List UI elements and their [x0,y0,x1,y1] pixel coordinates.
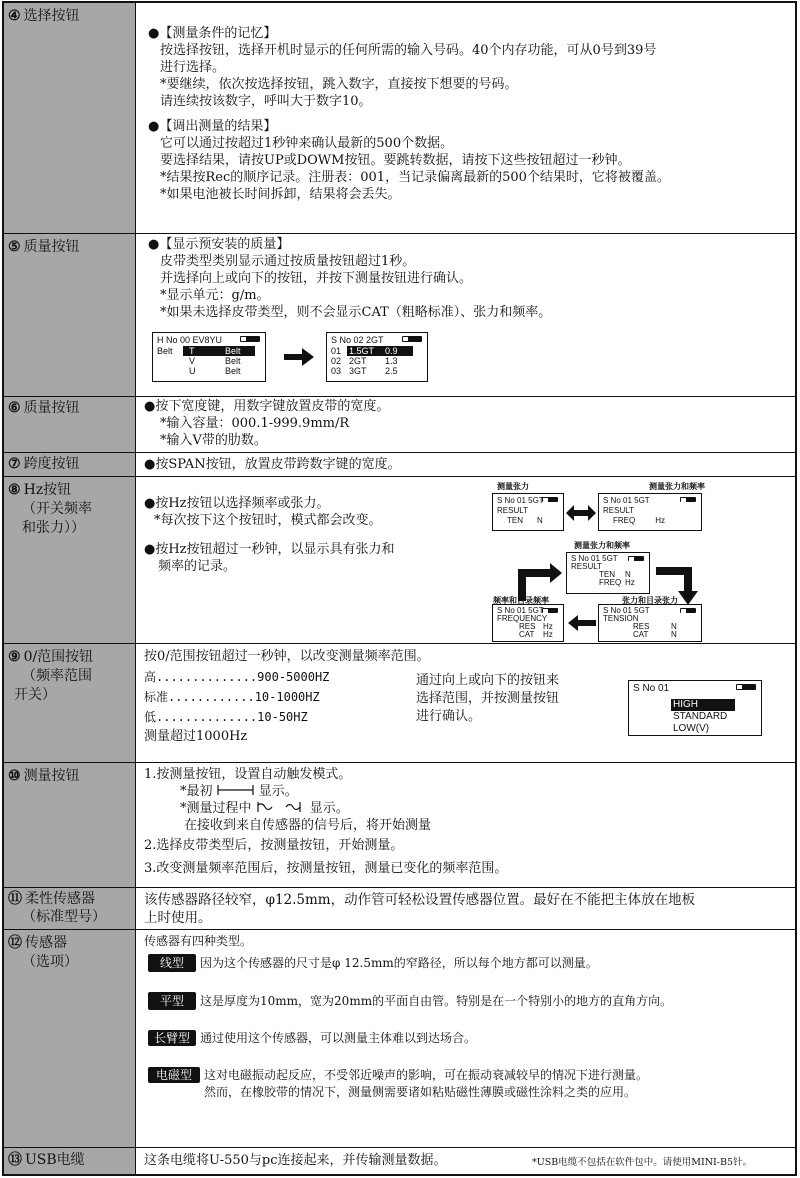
lcd-line: Hz [543,630,553,639]
instruction-table: ④选择按钮 ●【测量条件的记忆】 按选择按钮，选择开机时显示的任何所需的输入号码… [2,1,797,1176]
row-title: USB电缆 [25,1152,85,1168]
text-line: *最初 [180,784,213,799]
lcd-line: TEN [507,516,523,525]
text-line: 这条电缆将U-550与pc连接起来，并传输测量数据。 [144,1153,447,1168]
row-content: 按0/范围按钮超过一秒钟，以改变测量频率范围。 高..............9… [136,644,795,762]
row-title: 0/范围按钮 [24,649,94,665]
row-hz-button: ⑧Hz按钮 （开关频率 和张力）） ●按Hz按钮以选择频率或张力。 *每次按下这… [4,477,795,644]
text-line: 通过使用这个传感器，可以测量主体难以到达场合。 [200,1031,476,1045]
arrow-left-icon [568,615,596,631]
row-content: 传感器有四种类型。 线型因为这个传感器的尺寸是φ 12.5mm的窄路径，所以每个… [136,930,795,1147]
battery-icon [680,497,696,502]
row-label: ⑥质量按钮 [4,397,136,452]
sensor-tag-flat-type: 平型 [148,992,196,1010]
text-line: 然而，在橡胶带的情况下，测量侧需要诸如粘贴磁性薄膜或磁性涂料之类的应用。 [148,1084,787,1101]
text-line: 选择范围，并按测量按钮 [416,690,559,708]
row-number: ④ [8,7,21,26]
row-title: 质量按钮 [24,239,80,255]
lcd-cell: 1.5GT [347,346,385,356]
text-line: 这对电磁振动起反应，不受邻近噪声的影响，可在振动衰减较早的情况下进行测量。 [204,1068,648,1082]
row-number: ⑧ [8,481,21,500]
row-subtitle: （频率范围 [8,667,135,686]
text-line: *如果电池被长时间拆卸，结果将会丢失。 [144,186,787,203]
row-label: ⑤质量按钮 [4,234,136,396]
lcd-line: N [671,630,677,639]
text-line: *如果未选择皮带类型，则不会显示CAT（粗略标准）、张力和频率。 [144,304,787,321]
text-line: 显示。 [259,784,298,799]
text-line: 皮带类型类别显示通过按质量按钮超过1秒。 [144,253,787,270]
row-content: ●按下宽度键，用数字键放置皮带的宽度。 *输入容量：000.1-999.9mm/… [136,397,795,452]
text-line: 该传感器路径较窄，φ12.5mm，动作管可轻松设置传感器位置。最好在不能把主体放… [144,891,787,909]
sensor-type-line: 线型因为这个传感器的尺寸是φ 12.5mm的窄路径，所以每个地方都可以测量。 [144,954,787,972]
lcd-cell: 3GT [349,366,385,376]
row-content: ●按Hz按钮以选择频率或张力。 *每次按下这个按钮时，模式都会改变。 ●按Hz按… [136,477,795,643]
lcd-line: RESULT [497,506,559,516]
row-number: ⑨ [8,648,21,667]
row-label: ④选择按钮 [4,3,136,233]
battery-icon [542,608,558,613]
row-number: ⑩ [8,767,21,786]
section-heading: ●【测量条件的记忆】 [144,25,787,42]
text-line: 请连续按该数字，呼叫大于数字10。 [144,93,787,110]
sensor-tag-line-type: 线型 [148,954,196,972]
lcd-belt-category: H No 00 EV8YU Belt TBelt VBelt UBelt [152,332,266,382]
row-number: ⑫ [8,934,22,953]
row-number: ⑥ [8,399,21,418]
lcd-tension-record: S No 01 5GT TENSION RESN CATN [598,604,702,642]
row-content: 这条电缆将U-550与pc连接起来，并传输测量数据。 *USB电缆不包括在软件包… [136,1148,795,1174]
lcd-cell: 02 [331,356,349,366]
text-line: 1.按测量按钮，设置自动触发模式。 [144,766,787,783]
row-title: 选择按钮 [24,8,80,24]
text-line: ●按Hz按钮超过一秒钟，以显示具有张力和 [144,541,787,558]
row-title: 传感器 [25,935,67,951]
row-content: ●【测量条件的记忆】 按选择按钮，选择开机时显示的任何所需的输入号码。40个内存… [136,3,795,233]
lcd-tension-frequency: S No 01 5GT RESULT TENN FREQHz [566,552,650,594]
text-line: 显示。 [310,801,349,816]
battery-icon [680,608,696,613]
lcd-frequency-record: S No 01 5GT FREQUENCY RESHz CATHz [492,604,564,642]
sensor-type-electromagnetic: 电磁型这对电磁振动起反应，不受邻近噪声的影响，可在振动衰减较早的情况下进行测量。… [144,1067,787,1101]
lcd-cell: 03 [331,366,349,376]
lcd-belt-type: S No 02 2GT 01 1.5GT0.9 022GT1.3 033GT2.… [326,332,428,382]
row-label: ⑩测量按钮 [4,763,136,887]
battery-icon [402,336,422,342]
text-line: 通过向上或向下的按钮来 [416,672,559,690]
lcd-cell: Belt [225,346,241,356]
range-option-high: HIGH [671,699,735,711]
row-span-button: ⑦跨度按钮 ●按SPAN按钮，放置皮带跨数字键的宽度。 [4,453,795,477]
lcd-line: RESULT [603,506,697,516]
text-line: 它可以通过按超过1秒钟来确认最新的500个数据。 [144,135,787,152]
battery-icon [240,336,260,342]
lcd-frequency: S No 01 5GT RESULT FREQHz [598,493,702,531]
lcd-cell: Belt [157,346,183,356]
row-title: 质量按钮 [24,400,80,416]
lcd-cell: 1.3 [385,356,398,366]
row-label: ⑦跨度按钮 [4,453,136,476]
sensor-tag-long-arm-type: 长臂型 [148,1030,196,1046]
lcd-line: N [537,516,543,525]
text-line: 按0/范围按钮超过一秒钟，以改变测量频率范围。 [144,647,787,667]
row-flexible-sensor: ⑪柔性传感器 （标准型号） 该传感器路径较窄，φ12.5mm，动作管可轻松设置传… [4,888,795,930]
row-title: 柔性传感器 [25,891,95,907]
battery-icon [736,684,756,690]
sensor-tag-electromagnetic-type: 电磁型 [148,1067,200,1083]
text-line: 传感器有四种类型。 [144,933,787,950]
text-line: 进行确认。 [416,708,559,726]
double-arrow-icon [566,505,596,521]
row-content: 该传感器路径较窄，φ12.5mm，动作管可轻松设置传感器位置。最好在不能把主体放… [136,888,795,929]
text-line: 因为这个传感器的尺寸是φ 12.5mm的窄路径，所以每个地方都可以测量。 [200,956,598,970]
row-number: ⑦ [8,455,21,474]
row-label: ⑫传感器 （选项） [4,930,136,1147]
text-line: *要继续，依次按选择按钮，跳入数字，直接按下想要的号码。 [144,76,787,93]
battery-icon [628,556,644,561]
footnote: *USB电缆不包括在软件包中。请使用MINI-B5针。 [532,1154,752,1171]
row-label: ⑪柔性传感器 （标准型号） [4,888,136,929]
lcd-line: Hz [625,578,635,587]
arrow-right-icon [284,348,314,366]
text-line: 按选择按钮，选择开机时显示的任何所需的输入号码。40个内存功能，可从0号到39号 [144,42,787,59]
text-line: 在接收到来自传感器的信号后，将开始测量 [144,817,787,834]
lcd-cell: T [183,346,225,356]
sensor-type-long-arm: 长臂型通过使用这个传感器，可以测量主体难以到达场合。 [144,1030,787,1047]
text-line: 进行选择。 [144,59,787,76]
text-line: 要选择结果，请按UP或DOWM按钮。要跳转数据，请按下这些按钮超过一秒钟。 [144,152,787,169]
row-sensor-options: ⑫传感器 （选项） 传感器有四种类型。 线型因为这个传感器的尺寸是φ 12.5m… [4,930,795,1148]
lcd-cell: Belt [225,366,241,376]
lcd-range-select: S No 01 HIGH STANDARD LOW(V) [628,680,762,736]
lcd-line: FREQ [613,516,635,525]
row-subtitle: （标准型号） [8,908,135,926]
text-line: *显示单元：g/m。 [144,287,787,304]
text-line: *测量过程中 [180,801,252,816]
text-line: 并选择向上或向下的按钮，并按下测量按钮进行确认。 [144,270,787,287]
row-select-button: ④选择按钮 ●【测量条件的记忆】 按选择按钮，选择开机时显示的任何所需的输入号码… [4,3,795,234]
row-number: ⑬ [8,1151,22,1170]
lcd-tension: S No 01 5GT RESULT TENN [492,493,564,531]
row-label: ⑨0/范围按钮 （频率范围 开关） [4,644,136,762]
text-line: 3.改变测量频率范围后，按测量按钮，测量已变化的频率范围。 [144,860,787,877]
row-number: ⑪ [8,890,22,908]
section-heading: ●【显示预安装的质量】 [144,236,787,253]
lcd-line: FREQ [599,579,625,587]
lcd-cell: 0.9 [385,346,398,356]
row-subtitle: 和张力）） [8,519,135,538]
row-label: ⑧Hz按钮 （开关频率 和张力）） [4,477,136,643]
lcd-cell: 01 [331,346,347,356]
range-option-low: LOW(V) [633,723,757,735]
sensor-type-flat: 平型这是厚度为10mm，宽为20mm的平面自由管。特别是在一个特别小的地方的直角… [144,992,787,1010]
lcd-cell: Belt [225,356,241,366]
row-width-button: ⑥质量按钮 ●按下宽度键，用数字键放置皮带的宽度。 *输入容量：000.1-99… [4,397,795,453]
section-heading: ●【调出测量的结果】 [144,118,787,135]
row-content: 1.按测量按钮，设置自动触发模式。 *最初 显示。 *测量过程中 显示。 在接收… [136,763,795,887]
lcd-cell: V [189,356,225,366]
battery-icon [542,497,558,502]
text-line: 这是厚度为10mm，宽为20mm的平面自由管。特别是在一个特别小的地方的直角方向… [200,994,672,1008]
row-number: ⑤ [8,238,21,257]
text-line: ●按SPAN按钮，放置皮带跨数字键的宽度。 [144,456,787,473]
row-label: ⑬USB电缆 [4,1148,136,1174]
row-measure-button: ⑩测量按钮 1.按测量按钮，设置自动触发模式。 *最初 显示。 *测量过程中 显… [4,763,795,888]
lcd-cell: 2.5 [385,366,398,376]
row-title: Hz按钮 [24,482,72,498]
text-line: *输入容量：000.1-999.9mm/R [144,415,787,432]
lcd-line: CAT [519,631,543,639]
row-title: 测量按钮 [24,768,80,784]
row-subtitle: 开关） [8,686,135,705]
range-option-standard: STANDARD [633,711,757,723]
lcd-line: CAT [633,631,671,639]
text-line: *输入V带的肋数。 [144,432,787,449]
row-mass-button: ⑤质量按钮 ●【显示预安装的质量】 皮带类型类别显示通过按质量按钮超过1秒。 并… [4,234,795,397]
text-line: 2.选择皮带类型后，按测量按钮，开始测量。 [144,837,787,854]
text-line: 上时使用。 [144,909,787,927]
trigger-wait-icon [217,784,255,796]
row-usb-cable: ⑬USB电缆 这条电缆将U-550与pc连接起来，并传输测量数据。 *USB电缆… [4,1148,795,1174]
lcd-cell: 2GT [349,356,385,366]
row-subtitle: （开关频率 [8,500,135,519]
row-subtitle: （选项） [8,953,135,972]
row-content: ●按SPAN按钮，放置皮带跨数字键的宽度。 [136,453,795,476]
lcd-line: Hz [655,516,665,525]
text-line: *结果按Rec的顺序记录。注册表：001，当记录偏离最新的500个结果时，它将被… [144,169,787,186]
row-content: ●【显示预安装的质量】 皮带类型类别显示通过按质量按钮超过1秒。 并选择向上或向… [136,234,795,396]
signal-wave-icon [256,801,306,813]
row-title: 跨度按钮 [24,456,80,472]
row-range-button: ⑨0/范围按钮 （频率范围 开关） 按0/范围按钮超过一秒钟，以改变测量频率范围… [4,644,795,763]
lcd-line: TENSION [603,615,697,623]
lcd-cell: U [189,366,225,376]
text-line: ●按下宽度键，用数字键放置皮带的宽度。 [144,398,787,415]
